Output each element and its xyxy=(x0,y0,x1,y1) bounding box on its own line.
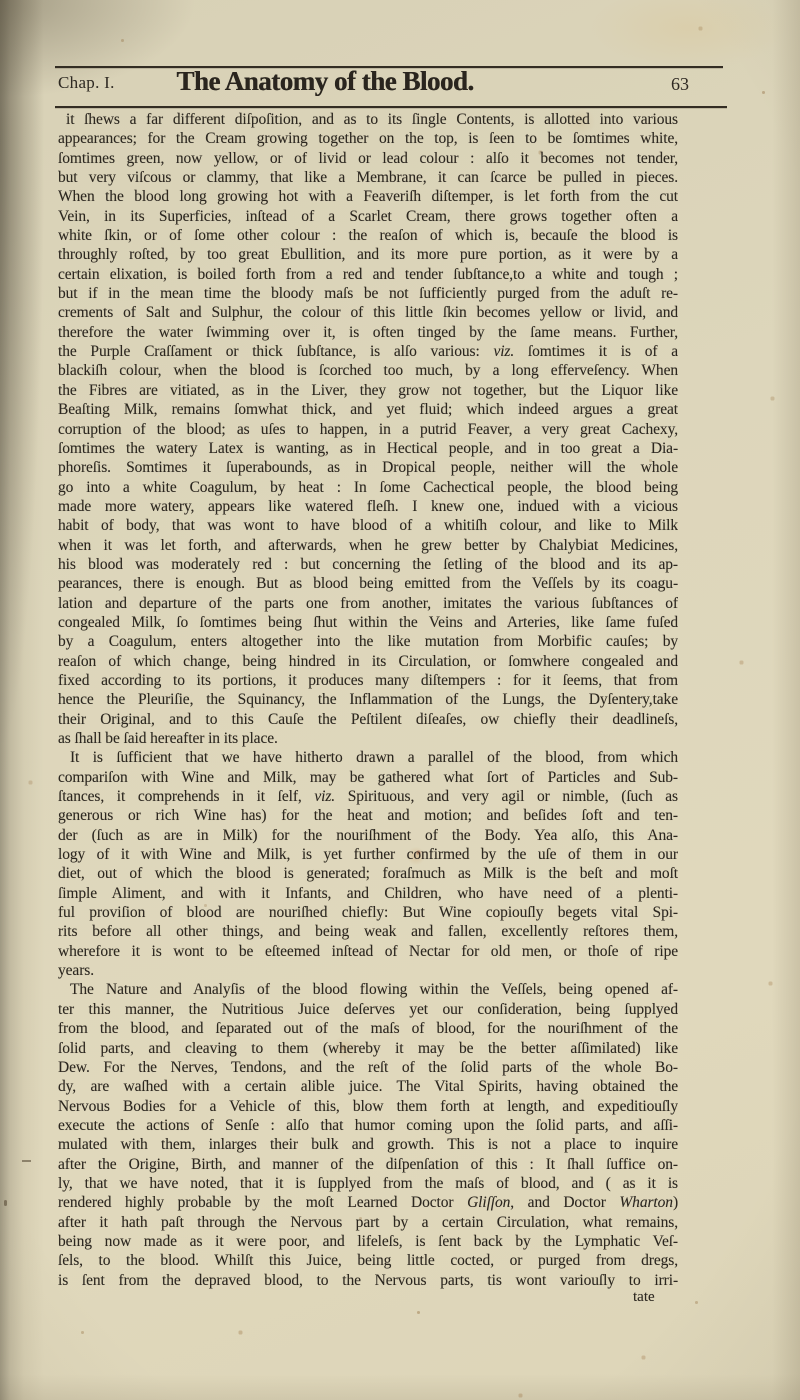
text-line: his blood was moderately red : but conce… xyxy=(58,555,678,574)
margin-mark xyxy=(4,1200,7,1206)
text-line: Dew. For the Nerves, Tendons, and the re… xyxy=(58,1058,678,1077)
text-line: the Fibres are vitiated, as in the Liver… xyxy=(58,381,678,400)
text-line: throughly roſted, by too great Ebullitio… xyxy=(58,245,678,264)
text-line: but if in the mean time the bloody maſs … xyxy=(58,284,678,303)
text-line: habit of body, that was wont to have blo… xyxy=(58,516,678,535)
text-line: ſtances, it comprehends in it ſelf, viz.… xyxy=(58,787,678,806)
page-number: 63 xyxy=(660,74,700,95)
text-line: ſimple Aliment, and with it Infants, and… xyxy=(58,884,678,903)
text-line: Nervous Bodies for a Vehicle of this, bl… xyxy=(58,1097,678,1116)
text-line: by a Coagulum, enters altogether into th… xyxy=(58,632,678,651)
text-line: therefore the water ſwimming over it, is… xyxy=(58,323,678,342)
header-rule-bottom xyxy=(55,106,727,108)
text-line: dy, are waſhed with a certain alible jui… xyxy=(58,1077,678,1096)
text-line: it ſhews a far different diſpoſition, an… xyxy=(58,110,678,129)
text-line: ful proviſion of blood are nouriſhed chi… xyxy=(58,903,678,922)
text-line: is ſent from the depraved blood, to the … xyxy=(58,1271,678,1290)
text-line: crements of Salt and Sulphur, the colour… xyxy=(58,303,678,322)
text-line: being now made as it were poor, and life… xyxy=(58,1232,678,1251)
text-line: mulated with them, inlarges their bulk a… xyxy=(58,1135,678,1154)
text-block: it ſhews a far different diſpoſition, an… xyxy=(58,110,678,1290)
page-title: The Anatomy of the Blood. xyxy=(150,66,500,97)
text-line: appearances; for the Cream growing toget… xyxy=(58,129,678,148)
text-line: pearances, there is enough. But as blood… xyxy=(58,574,678,593)
text-line: phoreſis. Somtimes it ſuperabounds, as i… xyxy=(58,458,678,477)
text-line: from the blood, and ſeparated out of the… xyxy=(58,1019,678,1038)
catchword: tate xyxy=(633,1289,655,1306)
chapter-label: Chap. I. xyxy=(58,73,115,93)
text-line: but very viſcous or clammy, that like a … xyxy=(58,168,678,187)
text-line: made more watery, appears like watered f… xyxy=(58,497,678,516)
text-line: diet, out of which the blood is generate… xyxy=(58,864,678,883)
text-line: ter this manner, the Nutritious Juice de… xyxy=(58,1000,678,1019)
paper-foxing-speckles xyxy=(0,0,1,1)
text-line: corruption of the blood; as uſes to happ… xyxy=(58,420,678,439)
text-line: after it hath paſt through the Nervous p… xyxy=(58,1213,678,1232)
text-line: rendered highly probable by the moſt Lea… xyxy=(58,1193,678,1212)
text-line: certain elixation, is boiled forth from … xyxy=(58,265,678,284)
text-line: their Original, and to this Cauſe the Pe… xyxy=(58,710,678,729)
text-line: fixed according to its portions, it prod… xyxy=(58,671,678,690)
text-line: der (ſuch as are in Milk) for the nouriſ… xyxy=(58,826,678,845)
text-line: When the blood long growing hot with a F… xyxy=(58,187,678,206)
text-line: go into a white Coagulum, by heat : In ſ… xyxy=(58,478,678,497)
text-line: years. xyxy=(58,961,678,980)
text-line: Vein, in its Superficies, inſtead of a S… xyxy=(58,207,678,226)
text-line: white ſkin, or of ſome other colour : th… xyxy=(58,226,678,245)
text-line: when it was let forth, and afterwards, w… xyxy=(58,536,678,555)
text-line: generous or rich Wine has) for the heat … xyxy=(58,806,678,825)
text-line: lation and departure of the parts one fr… xyxy=(58,594,678,613)
text-line: execute the actions of Senſe : alſo that… xyxy=(58,1116,678,1135)
text-line: hence the Pleuriſie, the Squinancy, the … xyxy=(58,690,678,709)
text-line: congealed Milk, ſo ſomtimes being ſhut w… xyxy=(58,613,678,632)
text-line: logy of it with Wine and Milk, is yet fu… xyxy=(58,845,678,864)
text-line: ſomtimes the watery Latex is wanting, as… xyxy=(58,439,678,458)
text-line: It is ſufficient that we have hitherto d… xyxy=(58,748,678,767)
text-line: rits before all other things, and being … xyxy=(58,922,678,941)
text-line: ly, that we have noted, that it is ſuppl… xyxy=(58,1174,678,1193)
text-line: ſolid parts, and cleaving to them (where… xyxy=(58,1039,678,1058)
text-line: blackiſh colour, when the blood is ſcorc… xyxy=(58,361,678,380)
text-line: after the Origine, Birth, and manner of … xyxy=(58,1155,678,1174)
text-line: The Nature and Analyſis of the blood flo… xyxy=(58,980,678,999)
text-line: ſels, to the blood. Whilſt this Juice, b… xyxy=(58,1251,678,1270)
text-line: wherefore it is wont to be eſteemed inſt… xyxy=(58,942,678,961)
text-line: reaſon of which change, being hindred in… xyxy=(58,652,678,671)
text-line: Beaſting Milk, remains ſomwhat thick, an… xyxy=(58,400,678,419)
text-line: ſomtimes green, now yellow, or of livid … xyxy=(58,149,678,168)
text-line: the Purple Craſſament or thick ſubſtance… xyxy=(58,342,678,361)
text-line: compariſon with Wine and Milk, may be ga… xyxy=(58,768,678,787)
book-page-scan: Chap. I. The Anatomy of the Blood. 63 it… xyxy=(0,0,800,1400)
text-line: as ſhall be ſaid hereafter in its place. xyxy=(58,729,678,748)
margin-mark xyxy=(22,1160,31,1162)
